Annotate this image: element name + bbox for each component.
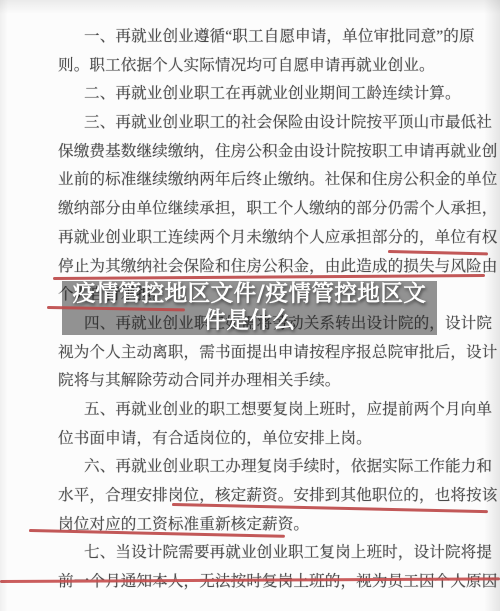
- document-line: 二、再就业创业职工在再就业创业期间工龄连续计算。: [58, 80, 482, 109]
- document-line: 缴纳部分由单位继续承担，职工个人缴纳的部分仍需个人承担，: [58, 195, 482, 224]
- document-line: 七、当设计院需要再就业创业职工复岗上班时，设计院将提: [58, 539, 482, 568]
- document-line: 前一个月通知本人，无法按时复岗上班的，视为员工因个人原因: [58, 568, 482, 597]
- document-line: 则。职工依据个人实际情况均可自愿申请再就业创业。: [58, 52, 482, 81]
- page-edge-shade-left: [0, 0, 8, 611]
- watermark-title-line2: 件是什么: [203, 308, 295, 335]
- page-edge-shade-right: [484, 0, 500, 611]
- document-line: 五、再就业创业的职工想要复岗上班时，应提前两个月向单: [58, 396, 482, 425]
- document-line: 三、再就业创业职工的社会保险由设计院按平顶山市最低社: [58, 109, 482, 138]
- page: 一、再就业创业遵循“职工自愿申请，单位审批同意”的原则。职工依据个人实际情况均可…: [0, 0, 500, 611]
- document-line: 一、再就业创业遵循“职工自愿申请，单位审批同意”的原: [58, 23, 482, 52]
- page-edge-shade-top: [0, 0, 500, 14]
- document-line: 院将与其解除劳动合同并办理相关手续。: [58, 367, 482, 396]
- watermark-title-line1: 疫情管控地区文件/疫情管控地区文: [73, 281, 427, 308]
- document-line: 位书面申请，有合适岗位的，单位安排上岗。: [58, 425, 482, 454]
- document-line: 六、再就业创业职工办理复岗手续时，依据实际工作能力和: [58, 453, 482, 482]
- document-line: 保缴费基数继续缴纳，住房公积金由设计院按职工申请再就业创: [58, 138, 482, 167]
- document-line: 视为个人主动离职，需书面提出申请按程序报总院审批后，设计: [58, 339, 482, 368]
- document-line: 业前的标准继续缴纳两年后终止缴纳。社保和住房公积金的单位: [58, 166, 482, 195]
- document-line: 再就业创业职工连续两个月未缴纳个人应承担部分的，单位有权: [58, 224, 482, 253]
